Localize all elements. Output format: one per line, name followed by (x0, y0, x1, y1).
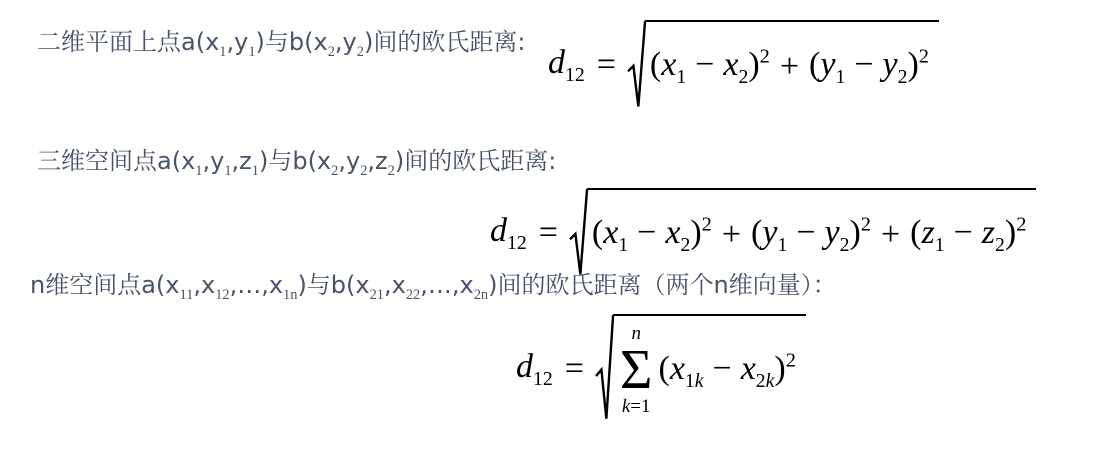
radicand: n Σ k=1 (x1k−x2k)2 (613, 314, 806, 423)
label-nd-euclidean-distance: n维空间点a(x11,x12,…,x1n)与b(x21,x22,…,x2n)间的… (30, 270, 837, 310)
minus-sign: − (796, 214, 815, 251)
equals-sign: = (539, 213, 558, 252)
plus-sign: + (881, 215, 900, 254)
radical-sign-icon (570, 188, 588, 278)
euclidean-distance-formula-3d: d12 = (x1−x2)2 + (y1−y2)2 + (z1−z2)2 (490, 188, 1036, 278)
minus-sign: − (695, 46, 714, 83)
euclidean-distance-formula-2d: d12 = (x1−x2)2 + (y1−y2)2 (548, 20, 939, 110)
square-root: (x1−x2)2 + (y1−y2)2 (628, 20, 939, 110)
radicand: (x1−x2)2 + (y1−y2)2 + (z1−z2)2 (587, 188, 1037, 278)
squared-difference-term: (x1−x2)2 (650, 45, 770, 88)
plus-sign: + (722, 215, 741, 254)
sigma-icon: Σ (620, 344, 653, 397)
radical-sign-icon (628, 20, 646, 110)
summation-lower-limit: k=1 (622, 397, 651, 417)
squared-difference-term: (x1k−x2k)2 (658, 349, 795, 392)
square-root: n Σ k=1 (x1k−x2k)2 (596, 314, 806, 423)
squared-difference-term: (x1−x2)2 (592, 213, 712, 256)
minus-sign: − (637, 214, 656, 251)
formula-lhs: d12 (548, 43, 585, 86)
document-page: 二维平面上点a(x1,y1)与b(x2,y2)间的欧氏距离: d12 = (x1… (0, 0, 1110, 450)
euclidean-distance-formula-nd: d12 = n Σ k=1 (x1k−x2k)2 (516, 314, 806, 423)
label-2d-euclidean-distance: 二维平面上点a(x1,y1)与b(x2,y2)间的欧氏距离: (37, 27, 525, 67)
minus-sign: − (713, 350, 732, 387)
radical-sign-icon (596, 314, 614, 423)
radicand: (x1−x2)2 + (y1−y2)2 (645, 20, 939, 110)
square-root: (x1−x2)2 + (y1−y2)2 + (z1−z2)2 (570, 188, 1037, 278)
minus-sign: − (854, 46, 873, 83)
equals-sign: = (597, 45, 616, 84)
squared-difference-term: (y1−y2)2 (751, 213, 871, 256)
squared-difference-term: (y1−y2)2 (809, 45, 929, 88)
formula-lhs: d12 (516, 347, 553, 390)
minus-sign: − (954, 214, 973, 251)
formula-lhs: d12 (490, 211, 527, 254)
equals-sign: = (565, 349, 584, 388)
plus-sign: + (780, 47, 799, 86)
label-3d-euclidean-distance: 三维空间点a(x1,y1,z1)与b(x2,y2,z2)间的欧氏距离: (37, 146, 556, 186)
squared-difference-term: (z1−z2)2 (910, 213, 1026, 256)
summation: n Σ k=1 (620, 324, 653, 417)
